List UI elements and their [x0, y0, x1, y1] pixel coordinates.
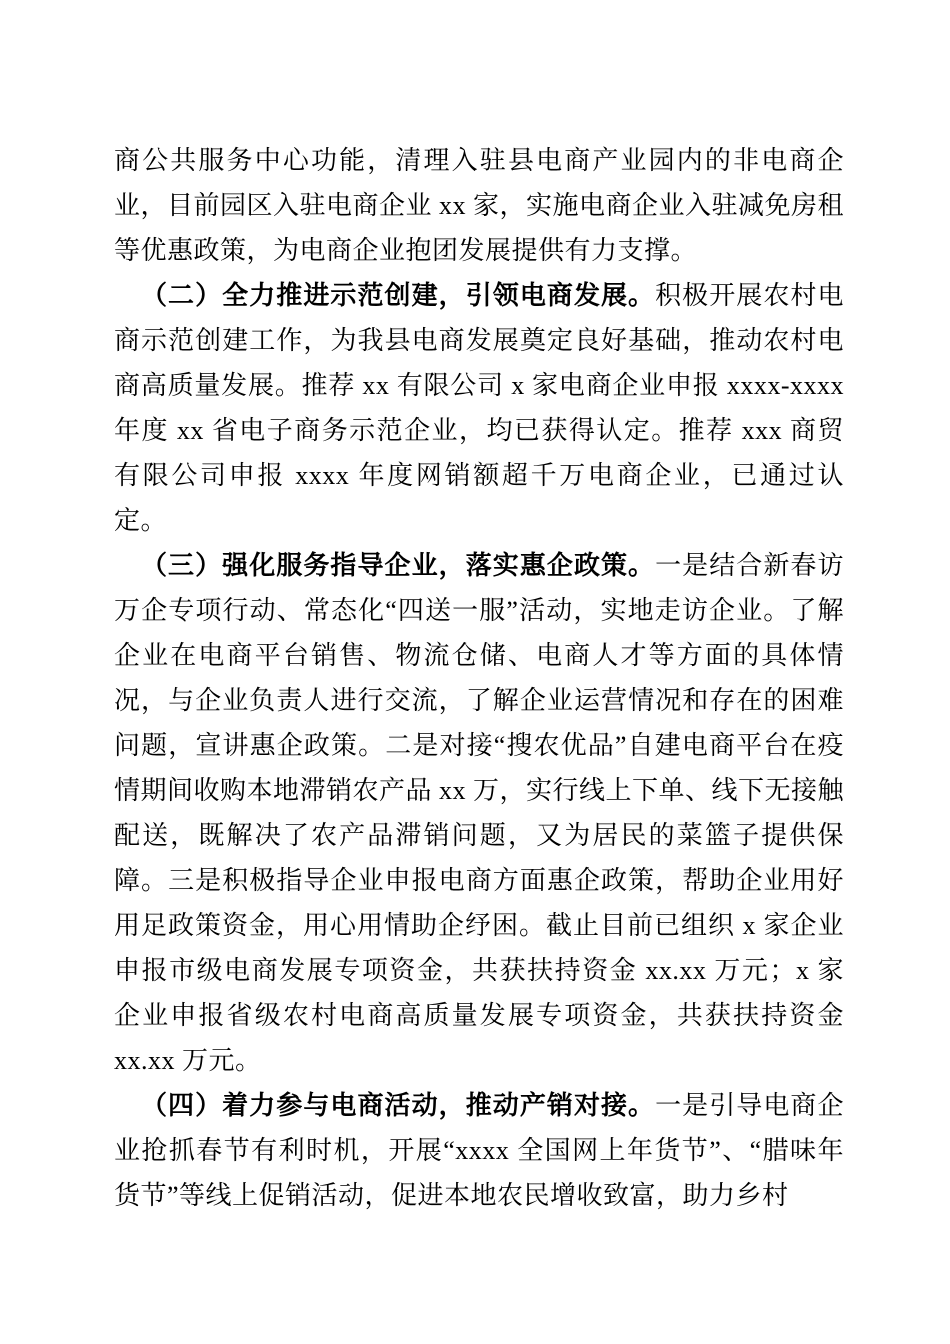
- paragraph-section-4: （四）着力参与电商活动，推动产销对接。一是引导电商企业抢抓春节有利时机，开展“x…: [114, 1083, 844, 1218]
- paragraph-text: 商公共服务中心功能，清理入驻县电商产业园内的非电商企业，目前园区入驻电商企业 x…: [114, 146, 844, 265]
- paragraph-section-2: （二）全力推进示范创建，引领电商发展。积极开展农村电商示范创建工作，为我县电商发…: [114, 273, 844, 543]
- paragraph-section-3: （三）强化服务指导企业，落实惠企政策。一是结合新春访万企专项行动、常态化“四送一…: [114, 543, 844, 1083]
- document-body: 商公共服务中心功能，清理入驻县电商产业园内的非电商企业，目前园区入驻电商企业 x…: [0, 0, 950, 1218]
- paragraph-text: 一是结合新春访万企专项行动、常态化“四送一服”活动，实地走访企业。了解企业在电商…: [114, 551, 844, 1075]
- section-heading: （二）全力推进示范创建，引领电商发展。: [141, 281, 655, 310]
- paragraph-text: 积极开展农村电商示范创建工作，为我县电商发展奠定良好基础，推动农村电商高质量发展…: [114, 281, 844, 535]
- paragraph-continuation: 商公共服务中心功能，清理入驻县电商产业园内的非电商企业，目前园区入驻电商企业 x…: [114, 138, 844, 273]
- document-page: 商公共服务中心功能，清理入驻县电商产业园内的非电商企业，目前园区入驻电商企业 x…: [0, 0, 950, 1344]
- section-heading: （四）着力参与电商活动，推动产销对接。: [141, 1091, 655, 1120]
- section-heading: （三）强化服务指导企业，落实惠企政策。: [141, 551, 655, 580]
